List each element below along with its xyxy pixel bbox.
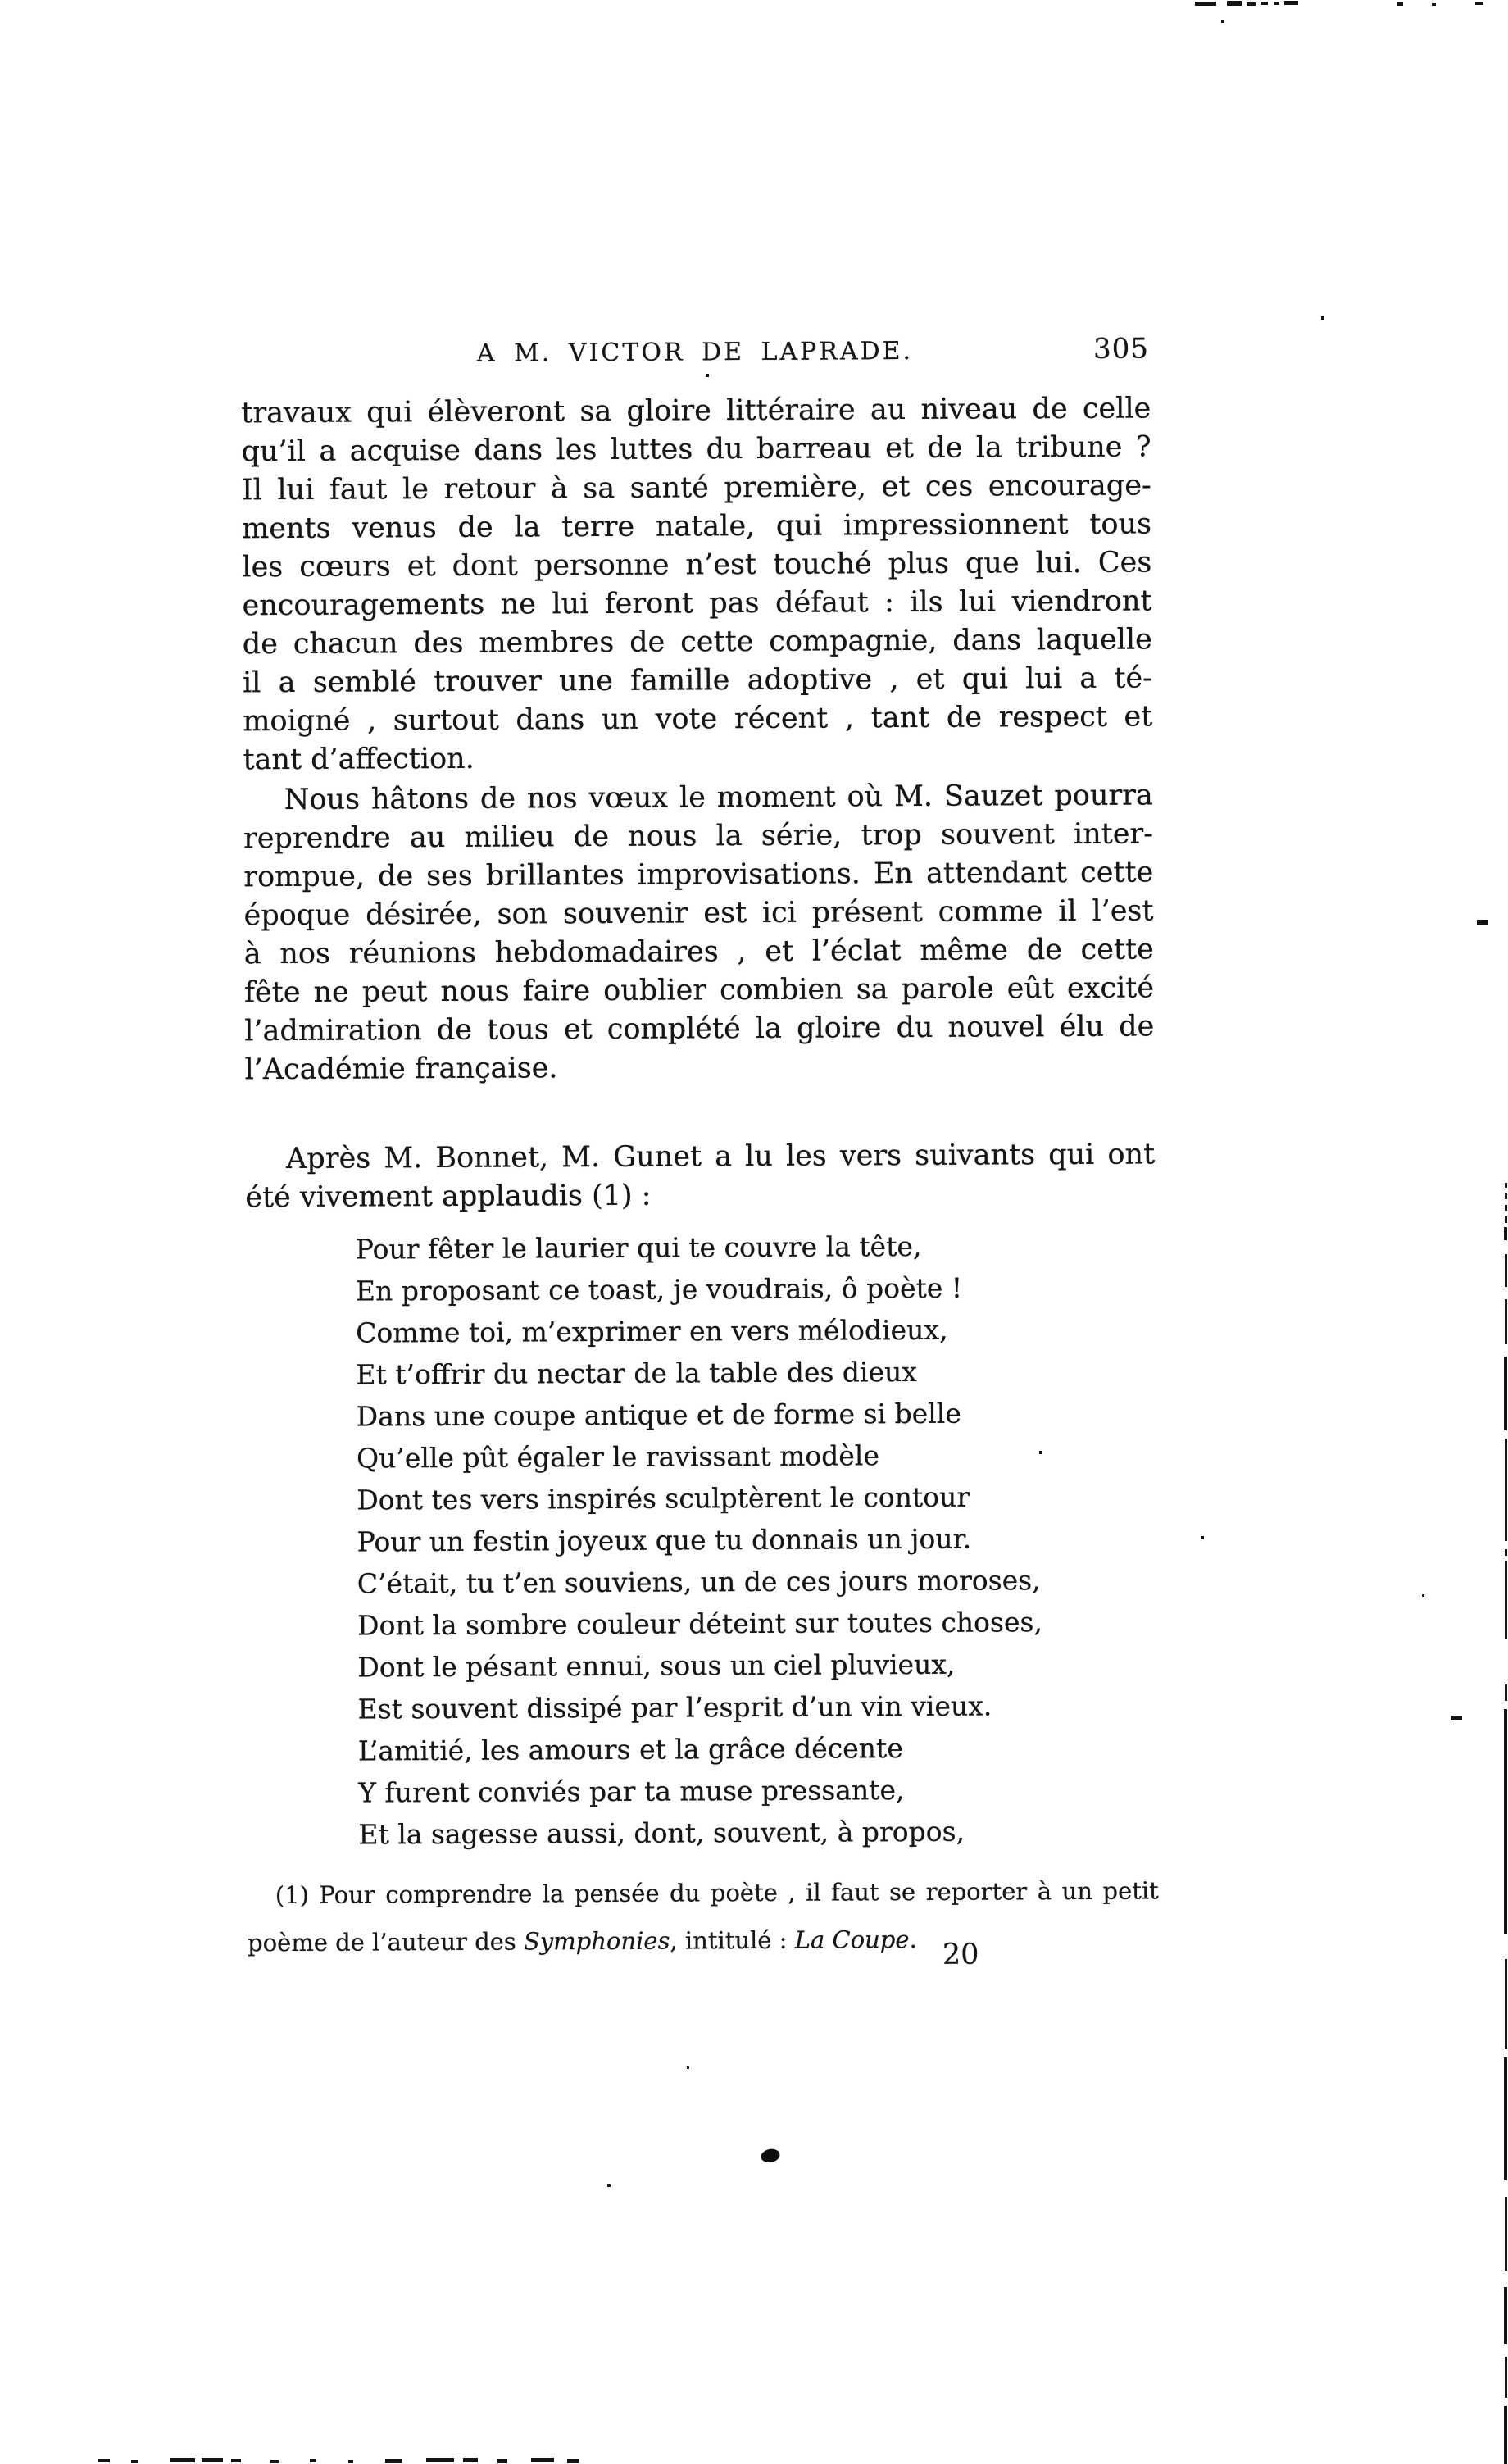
text-line: Après M. Bonnet, M. Gunet a lu les vers … (245, 1135, 1155, 1179)
scan-artifact (98, 2459, 110, 2462)
scan-edge-line (1505, 1205, 1507, 1211)
text-line: été vivement applaudis (1) : (245, 1174, 1155, 1217)
scan-edge-line (1505, 1959, 1507, 2049)
scan-artifact (1477, 920, 1488, 925)
text-line: moigné , surtout dans un vote récent , t… (243, 698, 1152, 741)
paragraph-2: Nous hâtons de nos vœux le moment où M. … (243, 776, 1155, 1089)
scan-artifact (1432, 3, 1436, 6)
scan-edge-line (1504, 2406, 1507, 2464)
scan-edge-line (1505, 2357, 1507, 2398)
verse-line: Pour un festin joyeux que tu donnais un … (357, 1516, 1176, 1562)
text-line: rompue, de ses brillantes improvisations… (243, 853, 1153, 897)
text-line: de chacun des membres de cette compagnie… (243, 621, 1152, 664)
verse-line: Y furent conviés par ta muse pressante, (358, 1767, 1178, 1813)
footnote-line: poème de l’auteur des Symphonies, intitu… (248, 1914, 1159, 1966)
running-head: A M. VICTOR DE LAPRADE. 305 (241, 335, 1149, 373)
scan-edge-line (1504, 1227, 1507, 1240)
paragraph-3: Après M. Bonnet, M. Gunet a lu les vers … (245, 1135, 1155, 1217)
scan-edge-line (1505, 1183, 1507, 1188)
verse-line: Qu’elle pût égaler le ravissant modèle (357, 1433, 1176, 1479)
scan-artifact (131, 2460, 138, 2463)
scan-artifact (385, 2459, 402, 2463)
footnote-italic-title: Symphonies (524, 1927, 670, 1956)
scan-artifact (1284, 1, 1298, 5)
scan-edge-line (1505, 1216, 1507, 1223)
scan-artifact (1397, 2, 1403, 6)
scan-edge-line (1504, 1357, 1507, 1430)
poem: Pour fêter le laurier qui te couvre la t… (356, 1224, 1179, 1855)
scan-artifact (231, 2459, 241, 2462)
ink-blot (760, 2148, 781, 2165)
scan-artifact (1227, 1, 1242, 6)
scan-artifact (1422, 1594, 1424, 1597)
verse-line: Dont tes vers inspirés sculptèrent le co… (357, 1475, 1176, 1521)
text-line: à nos réunions hebdomadaires , et l’écla… (244, 930, 1154, 974)
scan-artifact (687, 2066, 689, 2069)
scan-artifact (1451, 1716, 1462, 1720)
scan-artifact (270, 2460, 279, 2463)
scan-artifact (1321, 316, 1324, 320)
scan-artifact (1261, 2, 1268, 5)
text-line: il a semblé trouver une famille adoptive… (243, 659, 1152, 702)
scan-edge-line (1505, 1549, 1507, 1556)
text-line: tant d’affection. (243, 736, 1152, 780)
scan-artifact (1274, 2, 1279, 5)
running-head-title: A M. VICTOR DE LAPRADE. (477, 337, 913, 369)
page-number: 305 (1093, 334, 1149, 363)
footnote-text: poème de l’auteur des (248, 1927, 524, 1957)
text-line: Il lui faut le retour à sa santé premièr… (242, 466, 1151, 510)
verse-line: L’amitié, les amours et la grâce décente (358, 1725, 1178, 1771)
scan-edge-line (1505, 1439, 1507, 1541)
text-line: reprendre au milieu de nous la série, tr… (243, 815, 1153, 858)
text-line: travaux qui élèveront sa gloire littérai… (241, 389, 1151, 433)
scan-artifact (348, 2460, 353, 2463)
scan-edge-line (1505, 1193, 1507, 1199)
scan-edge-line (1504, 2057, 1507, 2180)
scan-artifact (202, 2458, 223, 2462)
scan-artifact (1475, 2, 1483, 5)
scan-artifact (607, 2184, 611, 2187)
scan-artifact (170, 2458, 195, 2462)
footnote: (1) Pour comprendre la pensée du poète ,… (248, 1866, 1160, 1966)
scan-artifact (531, 2458, 554, 2462)
scanned-book-page: A M. VICTOR DE LAPRADE. 305 travaux qui … (0, 0, 1508, 2464)
text-line: fête ne peut nous faire oublier combien … (244, 969, 1154, 1012)
scan-artifact (1039, 1451, 1042, 1454)
scan-edge-line (1505, 1684, 1507, 1701)
verse-line: En proposant ce toast, je voudrais, ô po… (356, 1266, 1175, 1312)
verse-line: Est souvent dissipé par l’esprit d’un vi… (357, 1684, 1177, 1730)
scan-artifact (463, 2458, 478, 2462)
signature-number: 20 (906, 1938, 1015, 1971)
verse-line: Dans une coupe antique et de forme si be… (357, 1391, 1176, 1437)
scan-artifact (426, 2458, 454, 2462)
footnote-text: , intitulé : (670, 1926, 794, 1955)
scan-edge-line (1505, 1254, 1507, 1287)
scan-artifact (497, 2459, 507, 2463)
verse-line: Pour fêter le laurier qui te couvre la t… (356, 1224, 1175, 1270)
text-line: les cœurs et dont personne n’est touché … (242, 543, 1151, 587)
scan-artifact (1221, 20, 1224, 23)
text-line: l’admiration de tous et complété la gloi… (244, 1007, 1154, 1051)
scan-edge-line (1505, 1299, 1507, 1344)
scan-artifact (310, 2459, 316, 2462)
text-line: qu’il a acquise dans les luttes du barre… (241, 428, 1151, 471)
scan-artifact (567, 2459, 579, 2463)
verse-line: Et la sagesse aussi, dont, souvent, à pr… (358, 1809, 1178, 1855)
text-line: époque désirée, son souvenir est ici pré… (243, 892, 1153, 935)
paragraph-1: travaux qui élèveront sa gloire littérai… (241, 389, 1152, 780)
text-line: Nous hâtons de nos vœux le moment où M. … (243, 776, 1153, 820)
footnote-italic-title: La Coupe (795, 1925, 910, 1954)
scan-edge-line (1505, 1561, 1507, 1639)
scan-edge-line (1504, 1709, 1507, 1934)
scan-edge-line (1505, 2197, 1507, 2271)
scan-artifact (1195, 2, 1216, 6)
verse-line: Dont la sombre couleur déteint sur toute… (357, 1600, 1177, 1646)
verse-line: Et t’offrir du nectar de la table des di… (356, 1349, 1175, 1395)
text-line: ments venus de la terre natale, qui impr… (242, 505, 1151, 548)
verse-line: Comme toi, m’exprimer en vers mélodieux, (356, 1307, 1175, 1353)
text-line: encouragements ne lui feront pas défaut … (242, 582, 1151, 625)
scan-edge-line (1504, 2287, 1507, 2344)
text-line: l’Académie française. (244, 1046, 1154, 1089)
footnote-line: (1) Pour comprendre la pensée du poète ,… (248, 1866, 1159, 1919)
verse-line: C’était, tu t’en souviens, un de ces jou… (357, 1558, 1177, 1604)
page-content: A M. VICTOR DE LAPRADE. 305 travaux qui … (0, 0, 1508, 2464)
verse-line: Dont le pésant ennui, sous un ciel pluvi… (357, 1642, 1177, 1688)
scan-artifact (1247, 2, 1256, 6)
scan-artifact (1201, 1536, 1204, 1539)
scan-artifact (706, 374, 709, 377)
